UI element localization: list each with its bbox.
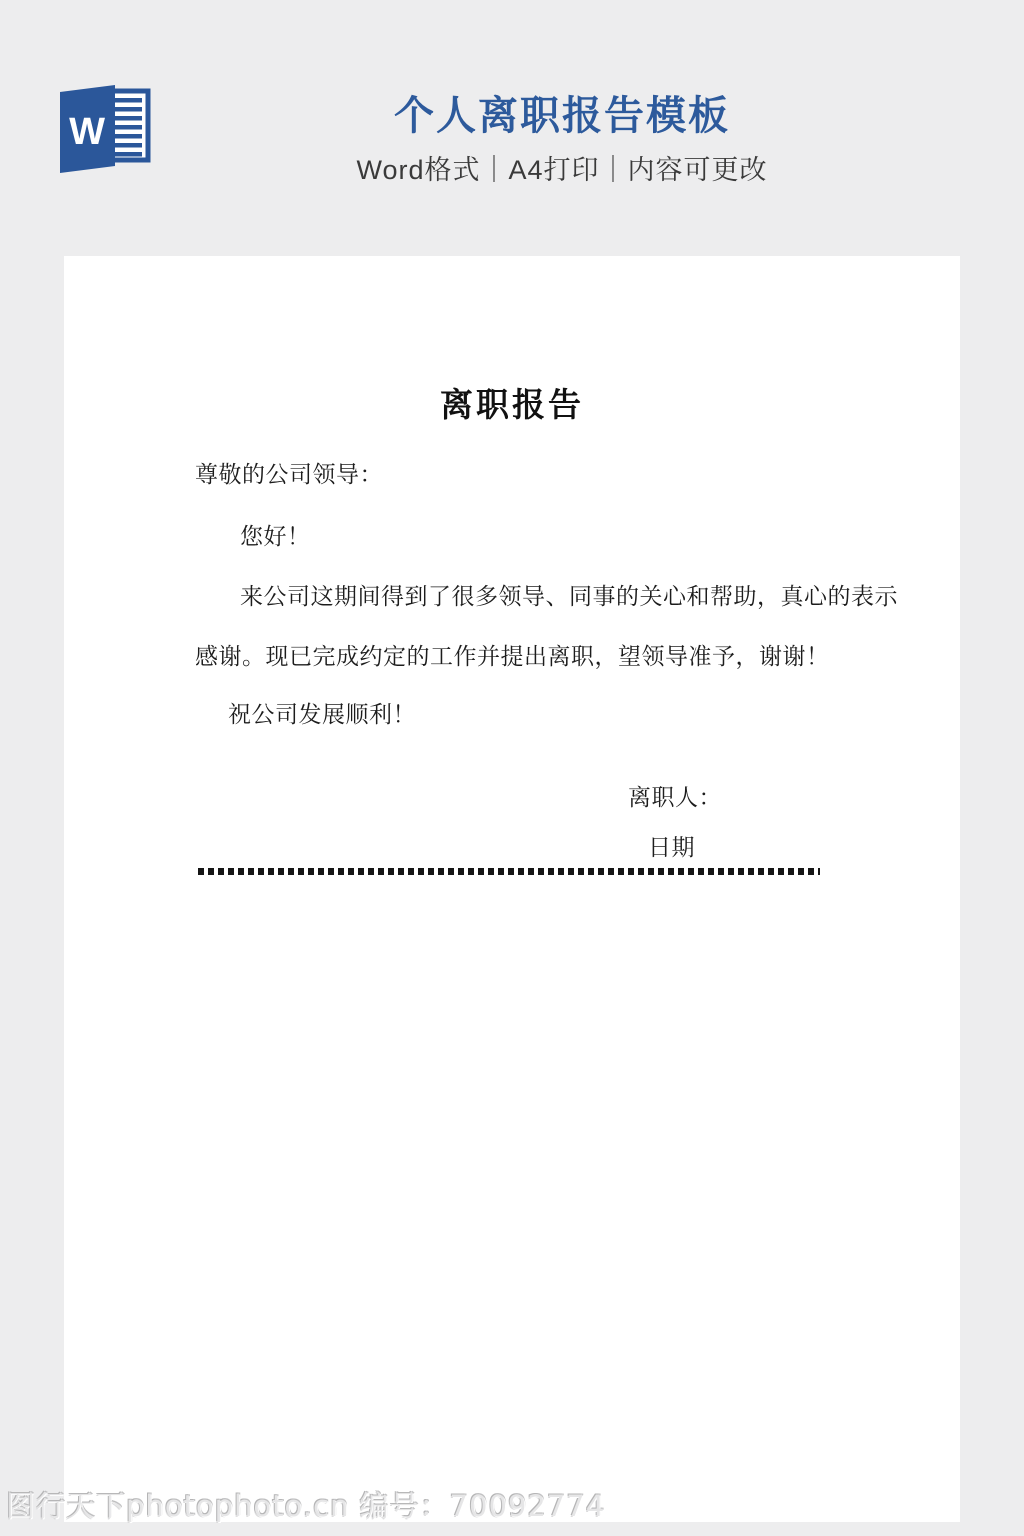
body-line-2: 感谢。现已完成约定的工作并提出离职，望领导准予，谢谢！: [195, 644, 830, 670]
date-label: 日期: [648, 835, 695, 861]
signer-label: 离职人：: [628, 785, 722, 811]
greeting-line: 您好！: [240, 524, 311, 550]
word-icon-letter: W: [69, 111, 105, 153]
document-title: 离职报告: [64, 388, 960, 424]
salutation-line: 尊敬的公司领导：: [195, 462, 383, 488]
header-text-block: 个人离职报告模板 Word格式｜A4打印｜内容可更改: [102, 94, 1022, 186]
screenshot-root: W 个人离职报告模板 Word格式｜A4打印｜内容可更改 离职报告 尊敬的公司领…: [0, 0, 1024, 1536]
watermark-text: 图行天下photophoto.cn 编号：70092774: [6, 1484, 605, 1525]
page-subtitle: Word格式｜A4打印｜内容可更改: [102, 156, 1022, 186]
document-page: 离职报告 尊敬的公司领导： 您好！ 来公司这期间得到了很多领导、同事的关心和帮助…: [64, 256, 960, 1522]
page-title: 个人离职报告模板: [102, 94, 1022, 138]
closing-wish-line: 祝公司发展顺利！: [228, 702, 416, 728]
dotted-separator: [198, 868, 820, 875]
body-line-1: 来公司这期间得到了很多领导、同事的关心和帮助，真心的表示: [240, 584, 898, 610]
